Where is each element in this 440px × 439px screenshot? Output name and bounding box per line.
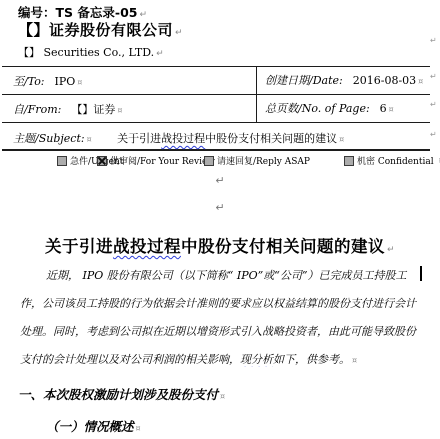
memo-document-page: 编号：TS 备忘录-05↵ 【】证券股份有限公司↵ 【】 Securities …	[0, 0, 440, 439]
pilcrow-icon: ↵	[387, 245, 395, 255]
table-row-divider-2	[2, 122, 430, 123]
subject-cell: 主题/Subject:¤ 关于引进战投过程中股份支付相关问题的建议¤	[13, 130, 344, 146]
subject-label: 主题/Subject:	[13, 132, 85, 145]
body-line-4[interactable]: 支付的会计处理以及对公司利润的相关影响，现分析如下，供参考。¤	[20, 351, 422, 367]
text-cursor	[420, 266, 422, 281]
pilcrow-icon: ↵	[156, 49, 164, 59]
urgent-checkbox[interactable]	[57, 156, 67, 166]
body-text: 支付的会计处理以及对公司利润的相关影响，	[20, 353, 240, 366]
section-heading-1[interactable]: 一、本次股权激励计划涉及股份支付¤	[18, 385, 225, 403]
pilcrow-icon: ↵	[0, 201, 440, 214]
subject-text: 关于引进	[117, 132, 161, 145]
cell-end-mark-icon: ¤	[136, 424, 141, 433]
for-your-review-checkbox[interactable]	[97, 156, 107, 166]
section-heading-2[interactable]: （一）情况概述¤	[46, 417, 141, 435]
date-label: 创建日期/Date:	[265, 74, 343, 87]
cell-end-mark-icon: ¤	[77, 78, 82, 87]
subject-value[interactable]: 关于引进战投过程中股份支付相关问题的建议¤	[117, 132, 344, 145]
cell-end-mark-icon: ¤	[87, 135, 92, 144]
cell-end-mark-icon: ¤	[352, 356, 357, 365]
date-cell: 创建日期/Date:2016-08-03¤	[265, 72, 423, 88]
cell-end-mark-icon: ¤	[339, 135, 344, 144]
body-spellcheck-text: 现分析	[240, 353, 273, 366]
cell-end-mark-icon: ¤	[389, 105, 394, 114]
confidential-checkbox[interactable]	[344, 156, 354, 166]
subject-spellcheck-text: 战投过程	[161, 132, 205, 145]
pilcrow-icon: ↵	[0, 174, 440, 187]
from-cell: 自/From:【】证券¤	[13, 101, 122, 117]
flag-for-your-review: 供审阅/For Your Review	[97, 154, 215, 167]
row-end-mark-icon: ↵	[430, 36, 437, 45]
table-column-divider	[256, 66, 257, 123]
to-cell: 至/To:IPO¤	[13, 73, 82, 89]
to-value[interactable]: IPO	[55, 75, 76, 88]
company-name-cn-text: 【】证券股份有限公司	[18, 21, 173, 39]
row-end-mark-icon: ↵	[430, 100, 437, 109]
flag-confidential: 机密 Confidential ¤	[344, 154, 440, 167]
title-text: 关于引进	[45, 237, 113, 256]
memo-number-text: 编号：TS 备忘录-05	[18, 5, 137, 20]
date-value[interactable]: 2016-08-03	[353, 74, 416, 87]
from-value[interactable]: 【】证券	[71, 103, 115, 116]
cell-end-mark-icon: ¤	[418, 77, 423, 86]
cell-end-mark-icon: ¤	[220, 392, 225, 401]
table-row-divider-1	[2, 94, 430, 95]
reply-asap-label: 请速回复/Reply ASAP	[217, 154, 310, 167]
table-border-top	[2, 66, 430, 67]
section-heading-1-text: 一、本次股权激励计划涉及股份支付	[18, 387, 218, 402]
from-label: 自/From:	[13, 103, 61, 116]
body-line-2[interactable]: 作，公司该员工持股的行为依据会计准则的要求应以权益结算的股份支付进行会计	[20, 295, 422, 311]
body-line-1[interactable]: 近期， IPO 股份有限公司（以下简称“ IPO”或“公司”）已完成员工持股工	[20, 267, 440, 283]
section-heading-2-text: （一）情况概述	[46, 419, 134, 434]
company-name-en: 【】 Securities Co., LTD.↵	[18, 44, 164, 60]
to-label: 至/To:	[13, 75, 45, 88]
pages-cell: 总页数/No. of Page:6¤	[265, 100, 394, 116]
flag-reply-asap: 请速回复/Reply ASAP	[204, 154, 310, 167]
reply-asap-checkbox[interactable]	[204, 156, 214, 166]
row-end-mark-icon: ↵	[430, 72, 437, 81]
body-text: 如下，供参考。	[273, 353, 350, 366]
for-your-review-label: 供审阅/For Your Review	[110, 154, 215, 167]
body-line-3[interactable]: 处理。同时，考虑到公司拟在近期以增资形式引入战略投资者，由此可能导致股份	[20, 323, 422, 339]
table-border-bottom	[2, 149, 430, 151]
company-name-en-text: 【】 Securities Co., LTD.	[18, 46, 154, 59]
company-name-cn: 【】证券股份有限公司↵	[18, 19, 183, 40]
title-text: 中股份支付相关问题的建议	[181, 237, 385, 256]
pages-value[interactable]: 6	[380, 102, 387, 115]
cell-end-mark-icon: ¤	[117, 106, 122, 115]
pages-label: 总页数/No. of Page:	[265, 102, 370, 115]
document-title[interactable]: 关于引进战投过程中股份支付相关问题的建议↵	[0, 233, 440, 257]
row-end-mark-icon: ↵	[430, 130, 437, 139]
subject-text: 中股份支付相关问题的建议	[205, 132, 337, 145]
pilcrow-icon: ↵	[175, 28, 183, 38]
confidential-label: 机密 Confidential	[357, 154, 434, 167]
title-spellcheck-text: 战投过程	[113, 237, 181, 256]
